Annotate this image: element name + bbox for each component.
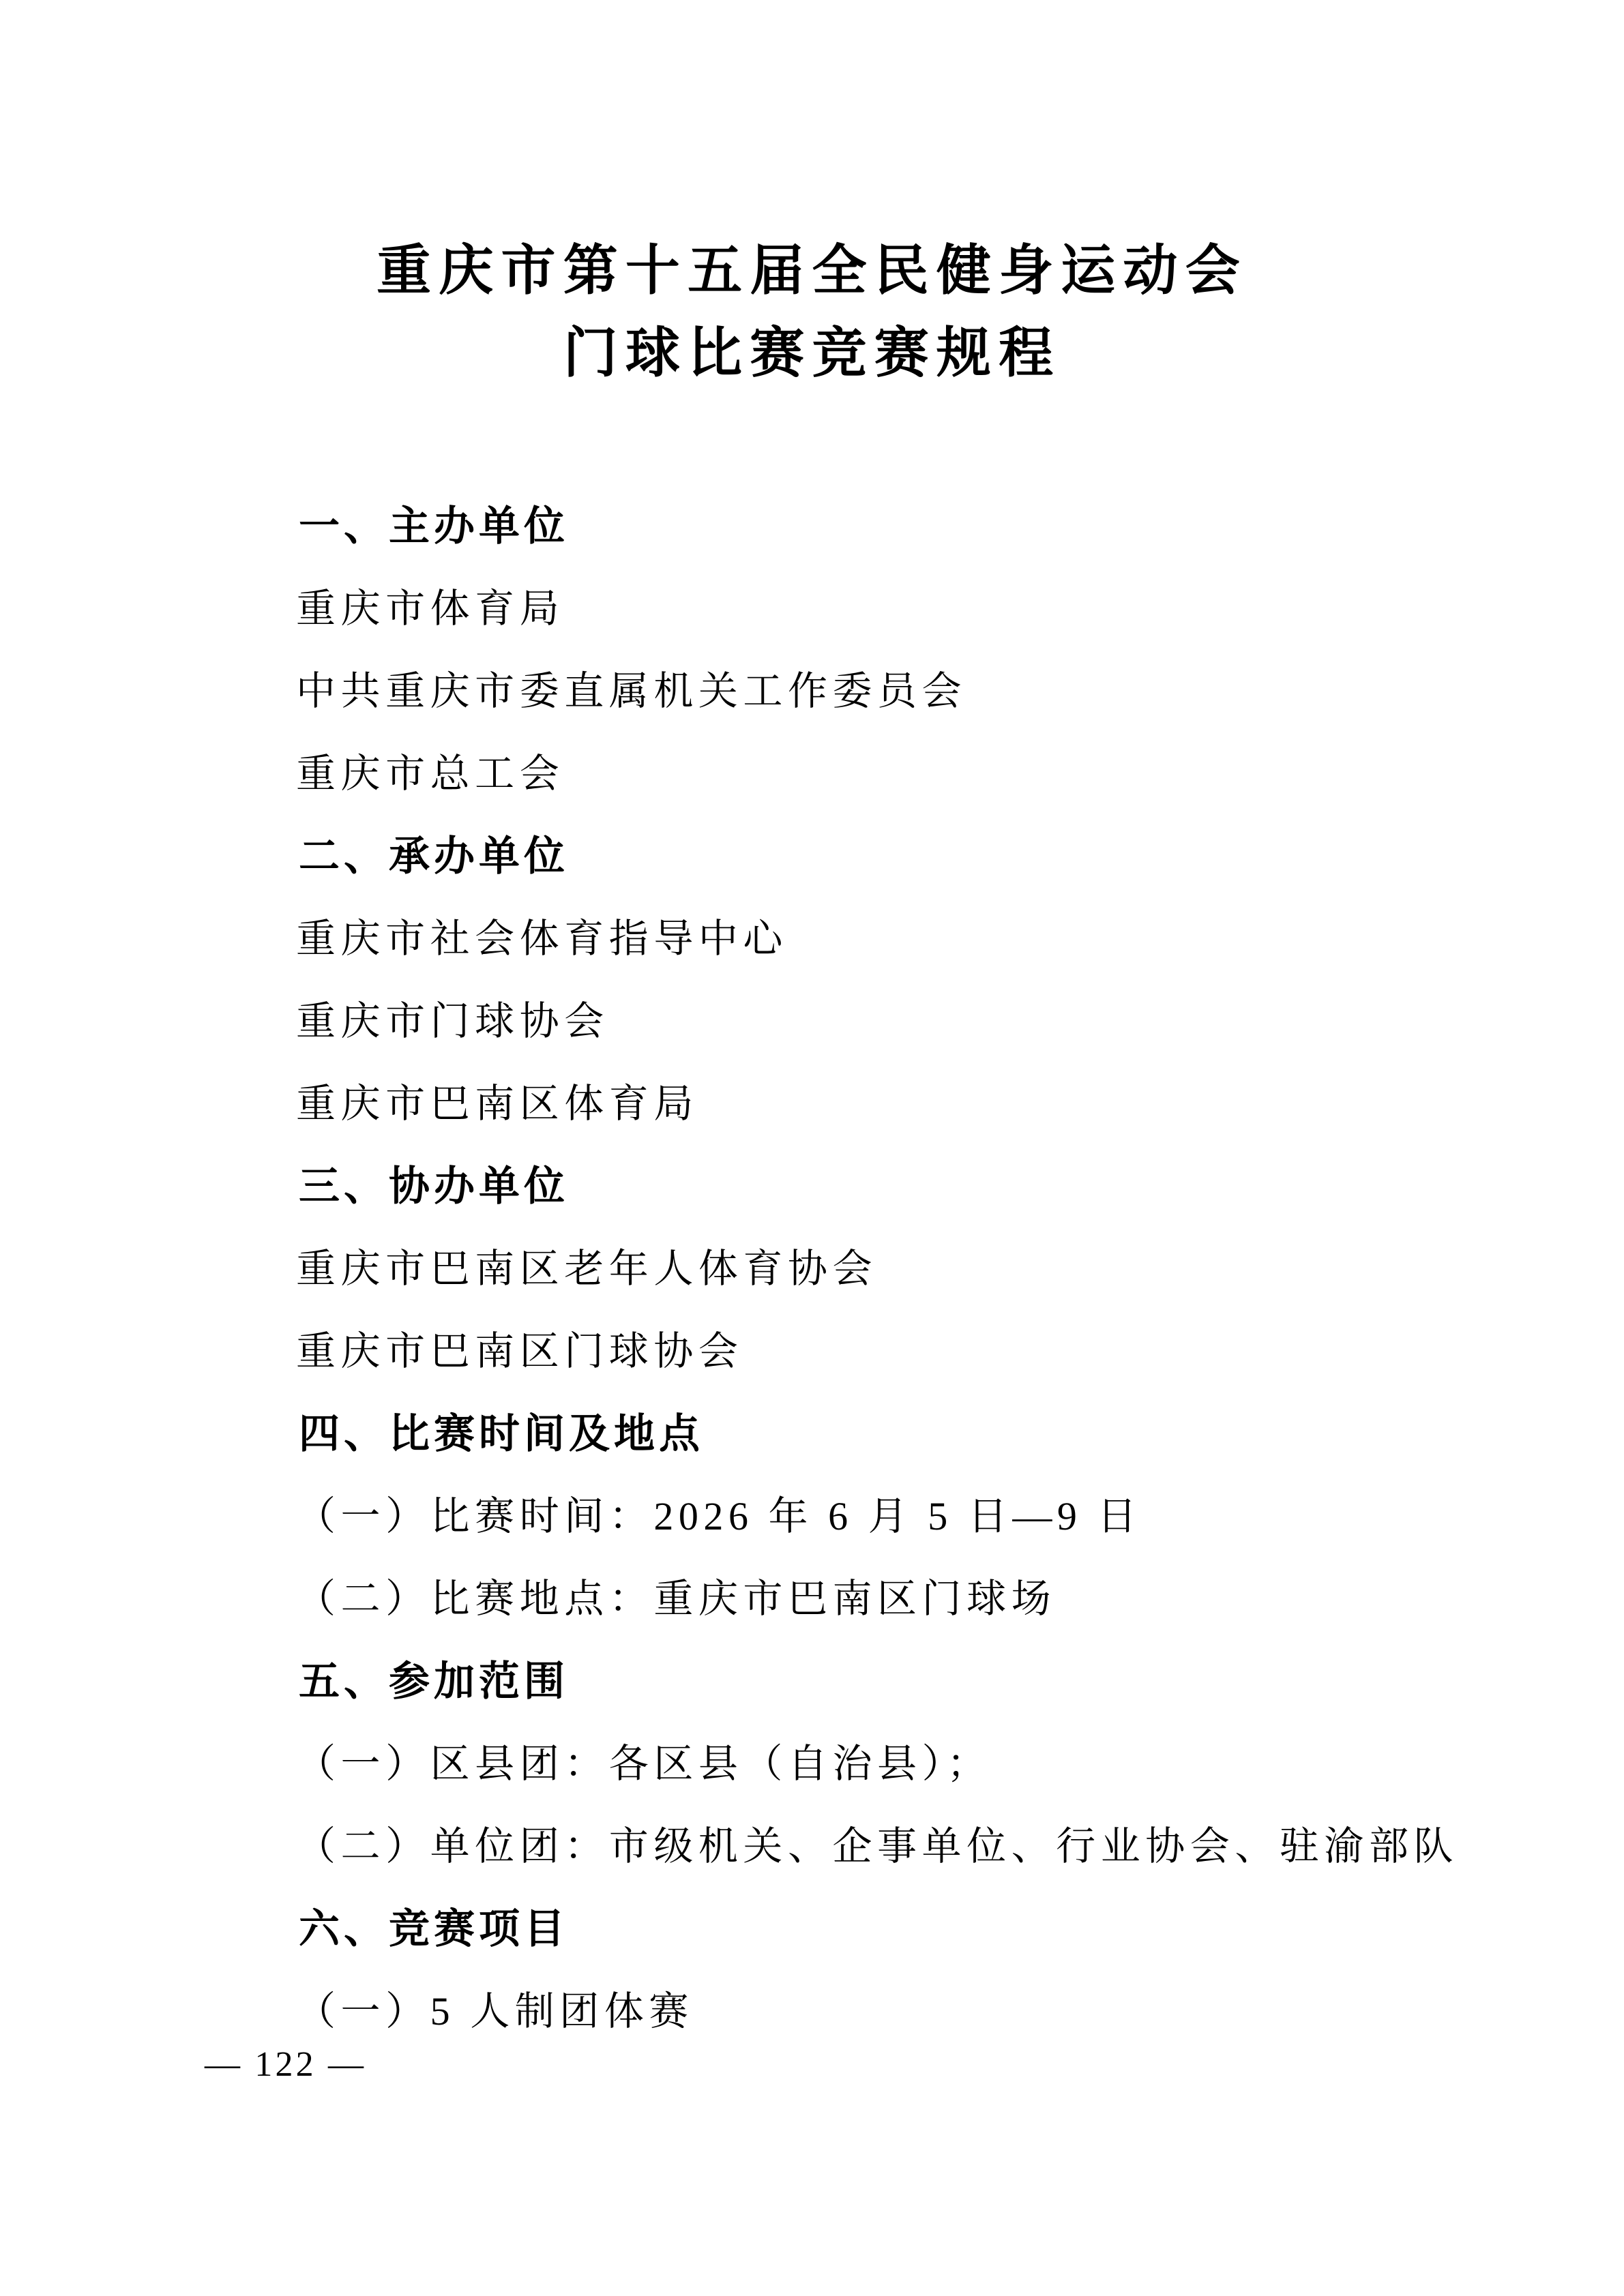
page-number: — 122 — bbox=[205, 2044, 366, 2085]
body-paragraph: （一）区县团：各区县（自治县）； bbox=[217, 1723, 1453, 1805]
section-heading: 一、主办单位 bbox=[217, 485, 1453, 567]
body-paragraph: （二）比赛地点：重庆市巴南区门球场 bbox=[217, 1557, 1453, 1640]
document-page: 重庆市第十五届全民健身运动会 门球比赛竞赛规程 一、主办单位重庆市体育局中共重庆… bbox=[0, 0, 1624, 2296]
body-paragraph: 重庆市巴南区门球协会 bbox=[217, 1310, 1453, 1392]
body-paragraph: 重庆市巴南区老年人体育协会 bbox=[217, 1227, 1453, 1310]
document-body: 一、主办单位重庆市体育局中共重庆市委直属机关工作委员会重庆市总工会二、承办单位重… bbox=[217, 485, 1453, 2053]
body-paragraph: （一）比赛时间：2026 年 6 月 5 日—9 日 bbox=[217, 1475, 1453, 1557]
section-heading: 五、参加范围 bbox=[217, 1640, 1453, 1723]
body-paragraph: 重庆市巴南区体育局 bbox=[217, 1062, 1453, 1145]
body-paragraph: 重庆市总工会 bbox=[217, 732, 1453, 815]
document-title: 重庆市第十五届全民健身运动会 门球比赛竞赛规程 bbox=[0, 230, 1624, 396]
section-heading: 六、竞赛项目 bbox=[217, 1888, 1453, 1970]
section-heading: 三、协办单位 bbox=[217, 1145, 1453, 1227]
document-title-line-1: 重庆市第十五届全民健身运动会 bbox=[0, 230, 1624, 313]
body-paragraph: 重庆市社会体育指导中心 bbox=[217, 897, 1453, 980]
body-paragraph: 重庆市体育局 bbox=[217, 567, 1453, 650]
document-title-line-2: 门球比赛竞赛规程 bbox=[0, 313, 1624, 396]
section-heading: 四、比赛时间及地点 bbox=[217, 1392, 1453, 1475]
body-paragraph: 中共重庆市委直属机关工作委员会 bbox=[217, 650, 1453, 732]
body-paragraph: 重庆市门球协会 bbox=[217, 980, 1453, 1062]
body-paragraph: （一）5 人制团体赛 bbox=[217, 1970, 1453, 2053]
section-heading: 二、承办单位 bbox=[217, 815, 1453, 897]
body-paragraph: （二）单位团：市级机关、企事单位、行业协会、驻渝部队 bbox=[217, 1805, 1453, 1888]
